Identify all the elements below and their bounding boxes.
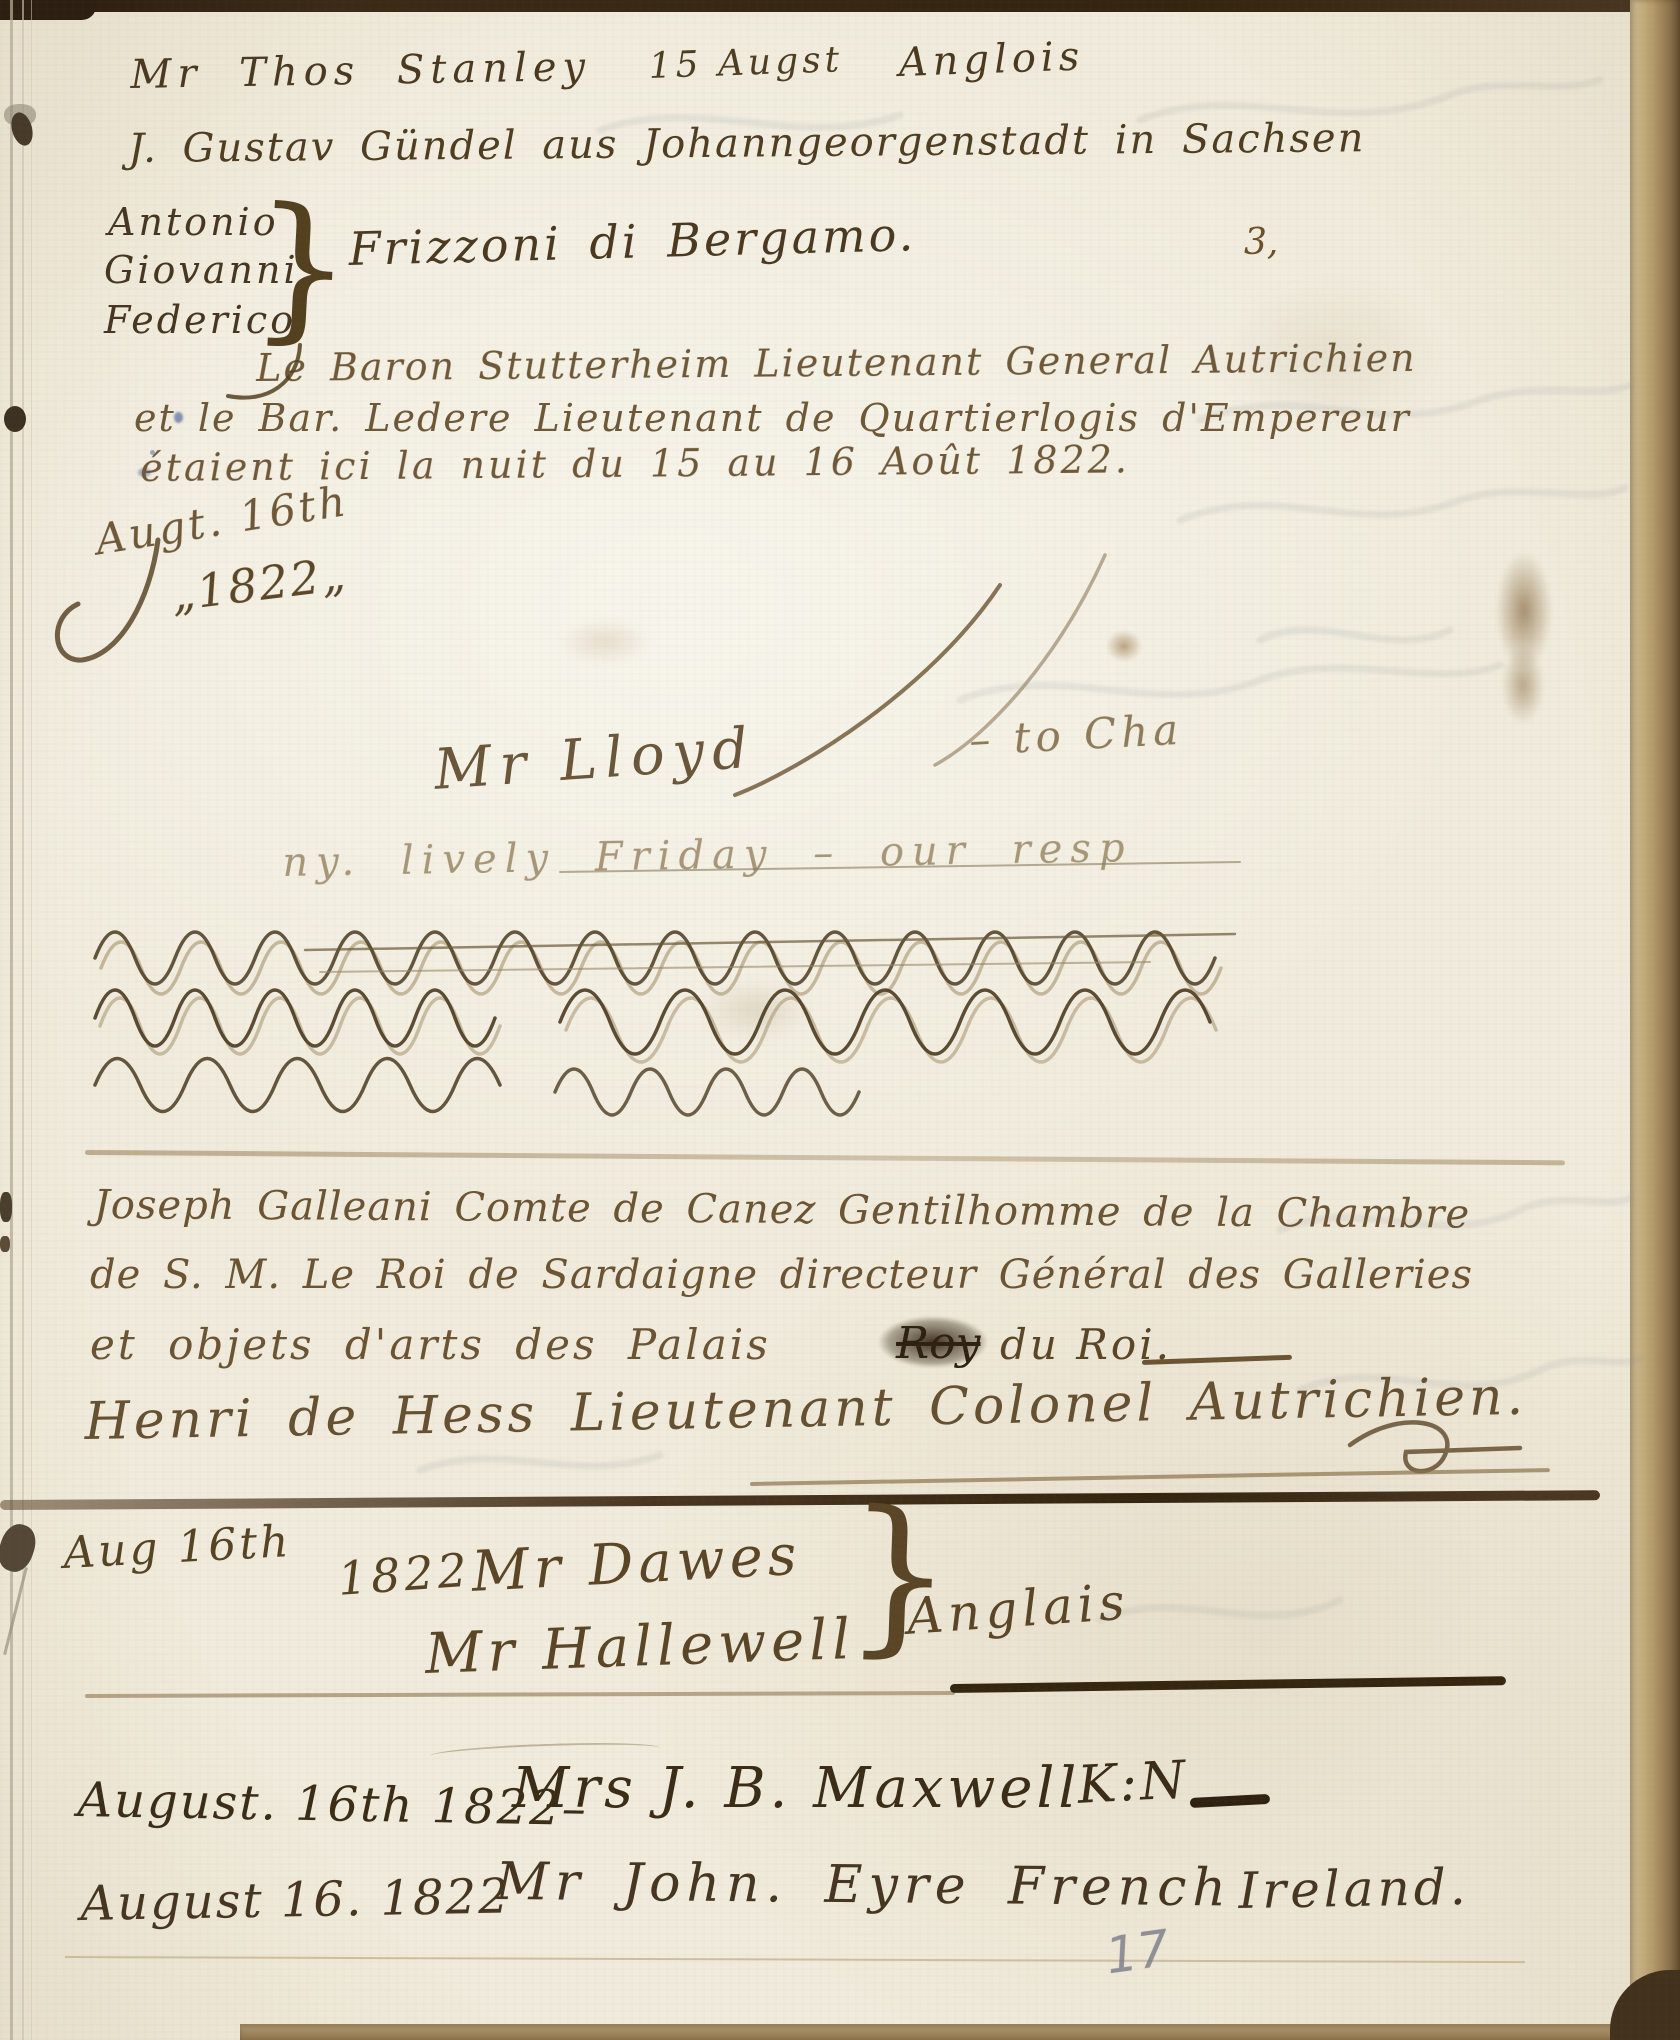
- entry-dawes-year: 1822: [336, 1543, 473, 1606]
- entry-french-name: Mr John. Eyre French: [495, 1852, 1232, 1918]
- entry-french-date: August 16. 1822: [80, 1868, 511, 1931]
- entry-maxwell-name: Mrs J. B. Maxwell: [512, 1756, 1080, 1821]
- entry-galleani-struck-word: Roy: [896, 1318, 980, 1369]
- entry-galleani-line3a: et objets d'arts des Palais: [90, 1320, 771, 1369]
- guestbook-page-scan: Mr Thos Stanley 15 Augst Anglois J. Gust…: [0, 0, 1680, 2040]
- page-number: 17: [1102, 1919, 1173, 1985]
- strike-through-line: [560, 862, 1240, 872]
- strike-through-line: [320, 962, 1150, 972]
- entry-galleani-line1: Joseph Galleani Comte de Canez Gentilhom…: [94, 1182, 1471, 1238]
- entry-galleani-line2: de S. M. Le Roi de Sardaigne directeur G…: [90, 1252, 1473, 1298]
- entry-maxwell-suffix: K:N: [1076, 1750, 1190, 1816]
- crossed-out-scrawl: [0, 0, 1680, 2040]
- entry-french-origin: Ireland.: [1238, 1858, 1470, 1920]
